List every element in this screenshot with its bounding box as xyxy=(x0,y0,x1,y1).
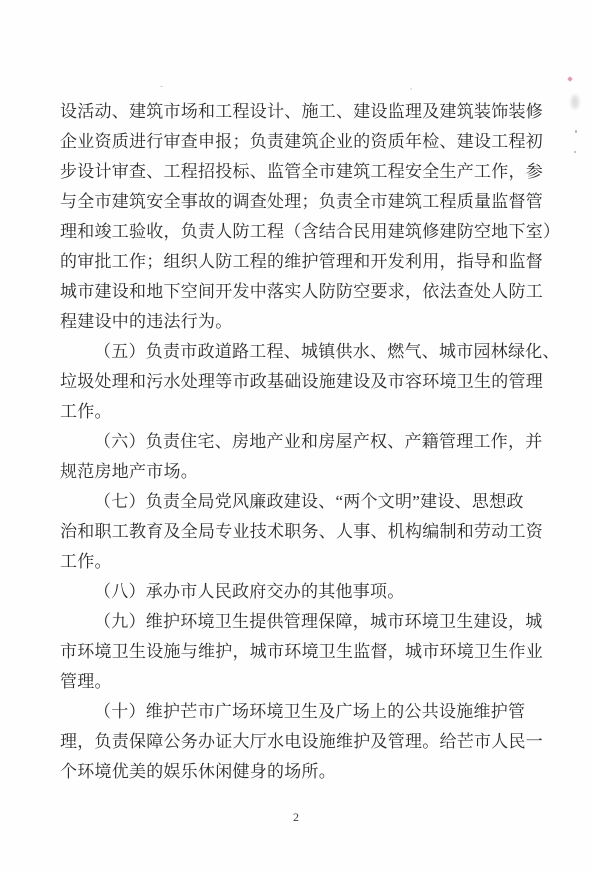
text-line: 与全市建筑安全事故的调查处理；负责全市建筑工程质量监督管 xyxy=(60,187,544,217)
text-line: 工作。 xyxy=(60,397,544,427)
text-line: （七）负责全局党风廉政建设、“两个文明”建设、思想政 xyxy=(60,487,544,517)
scanned-document-page: 设活动、建筑市场和工程设计、施工、建设监理及建筑装饰装修企业资质进行审查申报；负… xyxy=(0,0,593,871)
document-body: 设活动、建筑市场和工程设计、施工、建设监理及建筑装饰装修企业资质进行审查申报；负… xyxy=(60,97,544,787)
scan-artifact-speck xyxy=(575,130,577,133)
text-line: 理和竣工验收，负责人防工程（含结合民用建筑修建防空地下室） xyxy=(60,217,544,247)
text-line: 个环境优美的娱乐休闲健身的场所。 xyxy=(60,757,544,787)
text-line: 工作。 xyxy=(60,547,544,577)
text-line: 治和职工教育及全局专业技术职务、人事、机构编制和劳动工资 xyxy=(60,517,544,547)
text-line: 企业资质进行审查申报；负责建筑企业的资质年检、建设工程初 xyxy=(60,127,544,157)
text-line: 步设计审查、工程招投标、监管全市建筑工程安全生产工作，参 xyxy=(60,157,544,187)
text-line: （九）维护环境卫生提供管理保障，城市环境卫生建设，城 xyxy=(60,607,544,637)
text-line: 设活动、建筑市场和工程设计、施工、建设监理及建筑装饰装修 xyxy=(60,97,544,127)
text-line: 程建设中的违法行为。 xyxy=(60,307,544,337)
text-line: 理，负责保障公务办证大厅水电设施维护及管理。给芒市人民一 xyxy=(60,727,544,757)
scan-artifact-speck xyxy=(567,76,573,82)
text-line: 管理。 xyxy=(60,667,544,697)
text-line: 规范房地产市场。 xyxy=(60,457,544,487)
scan-artifact-speck xyxy=(571,95,579,109)
text-line: 垃圾处理和污水处理等市政基础设施建设及市容环境卫生的管理 xyxy=(60,367,544,397)
text-line: 城市建设和地下空间开发中落实人防防空要求，依法查处人防工 xyxy=(60,277,544,307)
text-line: （五）负责市政道路工程、城镇供水、燃气、城市园林绿化、 xyxy=(60,337,544,367)
scan-artifact-speck xyxy=(574,151,576,153)
text-line: 市环境卫生设施与维护，城市环境卫生监督，城市环境卫生作业 xyxy=(60,637,544,667)
scan-artifact-speck xyxy=(410,88,412,90)
page-number: 2 xyxy=(0,810,593,825)
text-line: 的审批工作；组织人防工程的维护管理和开发利用，指导和监督 xyxy=(60,247,544,277)
scan-artifact-speck xyxy=(160,86,163,87)
text-line: （八）承办市人民政府交办的其他事项。 xyxy=(60,577,544,607)
text-line: （六）负责住宅、房地产业和房屋产权、产籍管理工作，并 xyxy=(60,427,544,457)
text-line: （十）维护芒市广场环境卫生及广场上的公共设施维护管 xyxy=(60,697,544,727)
